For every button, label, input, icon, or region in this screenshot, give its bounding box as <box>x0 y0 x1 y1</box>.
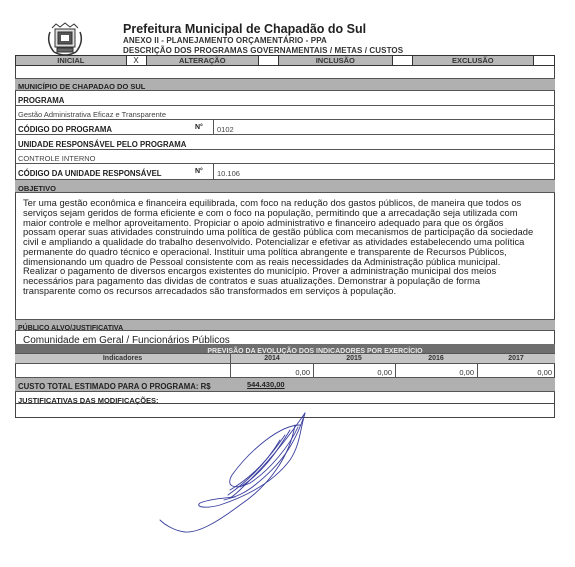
publico-alvo-header: PÚBLICO ALVO/JUSTIFICATIVA <box>15 320 555 331</box>
municipio-label: MUNICÍPIO DE CHAPADAO DO SUL <box>15 82 145 91</box>
value-2015: 0,00 <box>313 364 395 377</box>
custo-total-value: 544.430,00 <box>247 378 347 391</box>
value-2014: 0,00 <box>230 364 313 377</box>
status-inicial-label: INICIAL <box>16 56 126 65</box>
codigo-programa-row: CÓDIGO DO PROGRAMA N° 0102 <box>15 120 555 135</box>
status-exclusao-label: EXCLUSÃO <box>413 56 534 65</box>
status-inicial-checkbox[interactable]: X <box>126 56 147 65</box>
programa-label: PROGRAMA <box>15 96 64 105</box>
value-2017: 0,00 <box>477 364 555 377</box>
status-alteracao-checkbox[interactable] <box>258 56 279 65</box>
header-2017: 2017 <box>477 354 555 363</box>
header-2016: 2016 <box>395 354 477 363</box>
codigo-programa-no-label: N° <box>195 120 213 134</box>
header-indicadores: Indicadores <box>15 354 230 363</box>
document-status-bar: INICIAL X ALTERAÇÃO INCLUSÃO EXCLUSÃO <box>15 55 555 66</box>
unidade-value-row: CONTROLE INTERNO <box>15 150 555 164</box>
objetivo-header: OBJETIVO <box>15 180 555 193</box>
codigo-unidade-value: 10.106 <box>214 169 240 178</box>
value-2016: 0,00 <box>395 364 477 377</box>
annex-subtitle: ANEXO II - PLANEJAMENTO ORÇAMENTÁRIO - P… <box>123 36 327 45</box>
justificativas-row: JUSTIFICATIVAS DAS MODIFICAÇÕES: <box>15 392 555 404</box>
publico-alvo-value-row: Comunidade em Geral / Funcionários Públi… <box>15 331 555 344</box>
custo-total-row: CUSTO TOTAL ESTIMADO PARA O PROGRAMA: R$… <box>15 378 555 392</box>
indicadores-header-row: Indicadores 2014 2015 2016 2017 <box>15 354 555 364</box>
custo-total-label: CUSTO TOTAL ESTIMADO PARA O PROGRAMA: R$ <box>15 382 211 391</box>
codigo-unidade-no-label: N° <box>195 164 213 179</box>
unidade-value: CONTROLE INTERNO <box>15 154 96 163</box>
status-inclusao-label: INCLUSÃO <box>279 56 392 65</box>
unidade-label: UNIDADE RESPONSÁVEL PELO PROGRAMA <box>15 140 186 149</box>
objetivo-label: OBJETIVO <box>15 184 56 193</box>
codigo-programa-value: 0102 <box>214 125 234 134</box>
programa-label-row: PROGRAMA <box>15 91 555 106</box>
indicadores-title-bar: PREVISÃO DA EVOLUÇÃO DOS INDICADORES POR… <box>15 344 555 354</box>
programa-value: Gestão Administrativa Eficaz e Transpare… <box>15 110 166 119</box>
status-exclusao-checkbox[interactable] <box>533 56 554 65</box>
programa-value-row: Gestão Administrativa Eficaz e Transpare… <box>15 106 555 120</box>
unidade-label-row: UNIDADE RESPONSÁVEL PELO PROGRAMA <box>15 135 555 150</box>
status-alteracao-label: ALTERAÇÃO <box>147 56 259 65</box>
page-title: Prefeitura Municipal de Chapadão do Sul <box>123 22 366 36</box>
header-2015: 2015 <box>313 354 395 363</box>
codigo-unidade-row: CÓDIGO DA UNIDADE RESPONSÁVEL N° 10.106 <box>15 164 555 180</box>
signature-icon <box>140 405 340 540</box>
objetivo-body <box>15 193 555 320</box>
blank-row <box>15 66 555 79</box>
municipio-row: MUNICÍPIO DE CHAPADAO DO SUL <box>15 79 555 91</box>
codigo-unidade-label: CÓDIGO DA UNIDADE RESPONSÁVEL <box>15 169 162 178</box>
indicador-name <box>15 364 230 377</box>
description-subtitle: DESCRIÇÃO DOS PROGRAMAS GOVERNAMENTAIS /… <box>123 46 403 55</box>
status-inclusao-checkbox[interactable] <box>392 56 413 65</box>
municipal-crest-icon <box>44 22 86 58</box>
header-2014: 2014 <box>230 354 313 363</box>
justificativas-label: JUSTIFICATIVAS DAS MODIFICAÇÕES: <box>15 396 159 405</box>
codigo-programa-label: CÓDIGO DO PROGRAMA <box>15 125 112 134</box>
table-row: 0,00 0,00 0,00 0,00 <box>15 364 555 378</box>
